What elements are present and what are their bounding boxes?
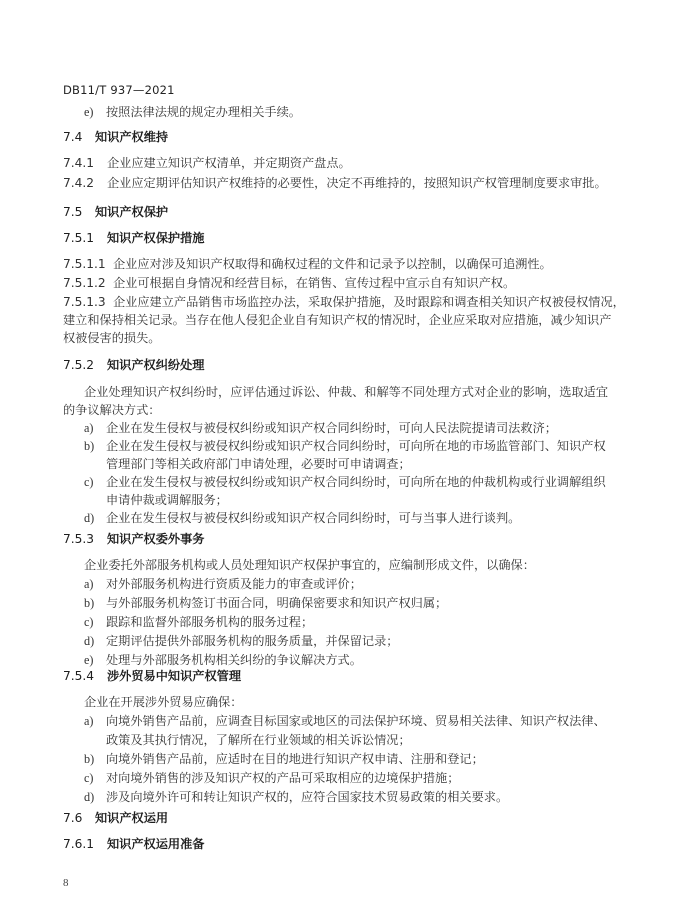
list-item-continuation: 申请仲裁或调解服务； <box>106 492 228 508</box>
clause-7-5-1-3-line3: 权被侵害的损失。 <box>63 330 161 346</box>
clause-7-5-1-3-line2: 建立和保持相关记录。当存在他人侵犯企业自有知识产权的情况时，企业应采取对应措施，… <box>63 312 611 328</box>
list-item: e)处理与外部服务机构相关纠纷的争议解决方式。 <box>84 652 362 668</box>
section-heading-7-6: 7.6知识产权运用 <box>63 810 168 826</box>
section-heading-7-5-2: 7.5.2知识产权纠纷处理 <box>63 357 205 373</box>
clause-7-5-1-2: 7.5.1.2企业可根据自身情况和经营目标，在销售、宣传过程中宣示自有知识产权。 <box>63 275 515 291</box>
page-number: 8 <box>63 877 69 889</box>
clause-7-5-1-1: 7.5.1.1企业应对涉及知识产权取得和确权过程的文件和记录予以控制，以确保可追… <box>63 256 552 272</box>
list-item-continuation: 政策及其执行情况，了解所在行业领域的相关诉讼情况； <box>106 732 411 748</box>
section-heading-7-5-4: 7.5.4涉外贸易中知识产权管理 <box>63 668 241 684</box>
list-item: b)企业在发生侵权与被侵权纠纷或知识产权合同纠纷时，可向所在地的市场监管部门、知… <box>84 438 606 454</box>
clause-7-4-1: 7.4.1企业应建立知识产权清单，并定期资产盘点。 <box>63 155 351 171</box>
paragraph-7-5-3-intro: 企业委托外部服务机构或人员处理知识产权保护事宜的，应编制形成文件，以确保： <box>84 557 535 573</box>
list-text: 按照法律法规的规定办理相关手续。 <box>106 105 301 119</box>
document-header: DB11/T 937—2021 <box>63 82 175 98</box>
list-item-continuation: 管理部门等相关政府部门申请处理，必要时可申请调查； <box>106 456 411 472</box>
list-item: d)涉及向境外许可和转让知识产权的，应符合国家技术贸易政策的相关要求。 <box>84 789 508 805</box>
list-item: e)按照法律法规的规定办理相关手续。 <box>84 104 301 120</box>
list-item: a)向境外销售产品前，应调查目标国家或地区的司法保护环境、贸易相关法律、知识产权… <box>84 713 606 729</box>
section-heading-7-4: 7.4知识产权维持 <box>63 129 168 145</box>
list-item: a)企业在发生侵权与被侵权纠纷或知识产权合同纠纷时，可向人民法院提请司法救济； <box>84 420 557 436</box>
paragraph-7-5-2-intro-line2: 的争议解决方式： <box>63 402 161 418</box>
list-item: d)定期评估提供外部服务机构的服务质量，并保留记录； <box>84 633 399 649</box>
list-item: c)对向境外销售的涉及知识产权的产品可采取相应的边境保护措施； <box>84 770 459 786</box>
section-heading-7-5-3: 7.5.3知识产权委外事务 <box>63 531 205 547</box>
paragraph-7-5-2-intro: 企业处理知识产权纠纷时，应评估通过诉讼、仲裁、和解等不同处理方式对企业的影响，选… <box>84 384 608 400</box>
list-item: b)与外部服务机构签订书面合同，明确保密要求和知识产权归属； <box>84 595 447 611</box>
section-heading-7-6-1: 7.6.1知识产权运用准备 <box>63 836 205 852</box>
list-item: c)跟踪和监督外部服务机构的服务过程； <box>84 614 313 630</box>
clause-7-4-2: 7.4.2企业应定期评估知识产权维持的必要性，决定不再维持的，按照知识产权管理制… <box>63 175 607 191</box>
list-item: d)企业在发生侵权与被侵权纠纷或知识产权合同纠纷时，可与当事人进行谈判。 <box>84 510 520 526</box>
list-item: a)对外部服务机构进行资质及能力的审查或评价； <box>84 576 362 592</box>
section-heading-7-5-1: 7.5.1知识产权保护措施 <box>63 230 205 246</box>
paragraph-7-5-4-intro: 企业在开展涉外贸易应确保： <box>84 694 242 710</box>
clause-7-5-1-3: 7.5.1.3企业应建立产品销售市场监控办法，采取保护措施，及时跟踪和调查相关知… <box>63 294 625 310</box>
section-heading-7-5: 7.5知识产权保护 <box>63 204 168 220</box>
list-item: b)向境外销售产品前，应适时在目的地进行知识产权申请、注册和登记； <box>84 751 484 767</box>
list-marker: e) <box>84 104 106 120</box>
list-item: c)企业在发生侵权与被侵权纠纷或知识产权合同纠纷时，可向所在地的仲裁机构或行业调… <box>84 474 606 490</box>
document-page: DB11/T 937—2021 e)按照法律法规的规定办理相关手续。 7.4知识… <box>0 0 673 900</box>
